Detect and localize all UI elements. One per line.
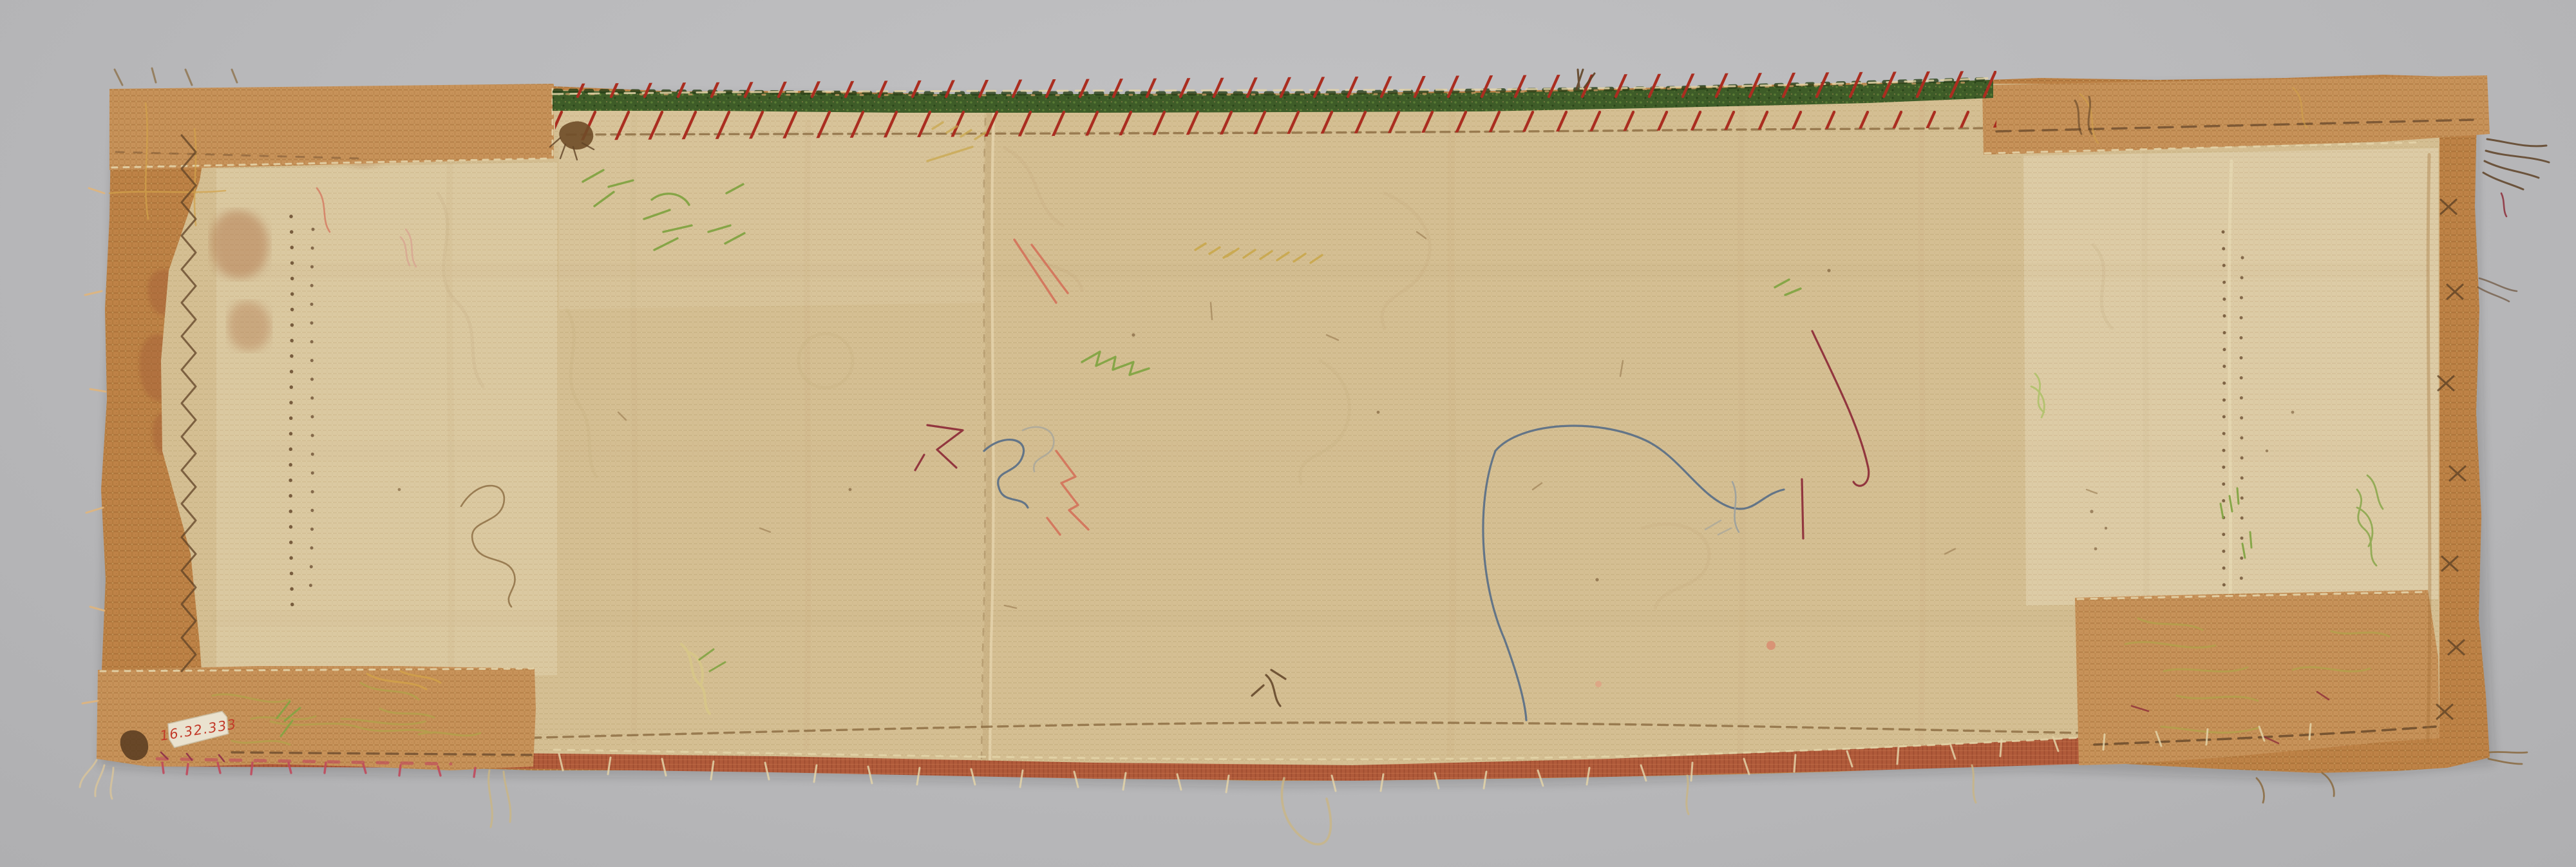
textile-artifact-photo: 16.32.333 [0,0,2576,867]
textile-artifact: 16.32.333 [80,68,2549,844]
burlap-patch-bottom-right [2075,590,2439,765]
salmon-spot [1766,641,1776,650]
photo-background: 16.32.333 [0,0,2576,867]
hanging-thread-loop [1282,778,1331,844]
right-border-fold [2428,155,2430,741]
top-right-fray [2478,139,2549,301]
burlap-patch-top-right [1982,75,2490,155]
